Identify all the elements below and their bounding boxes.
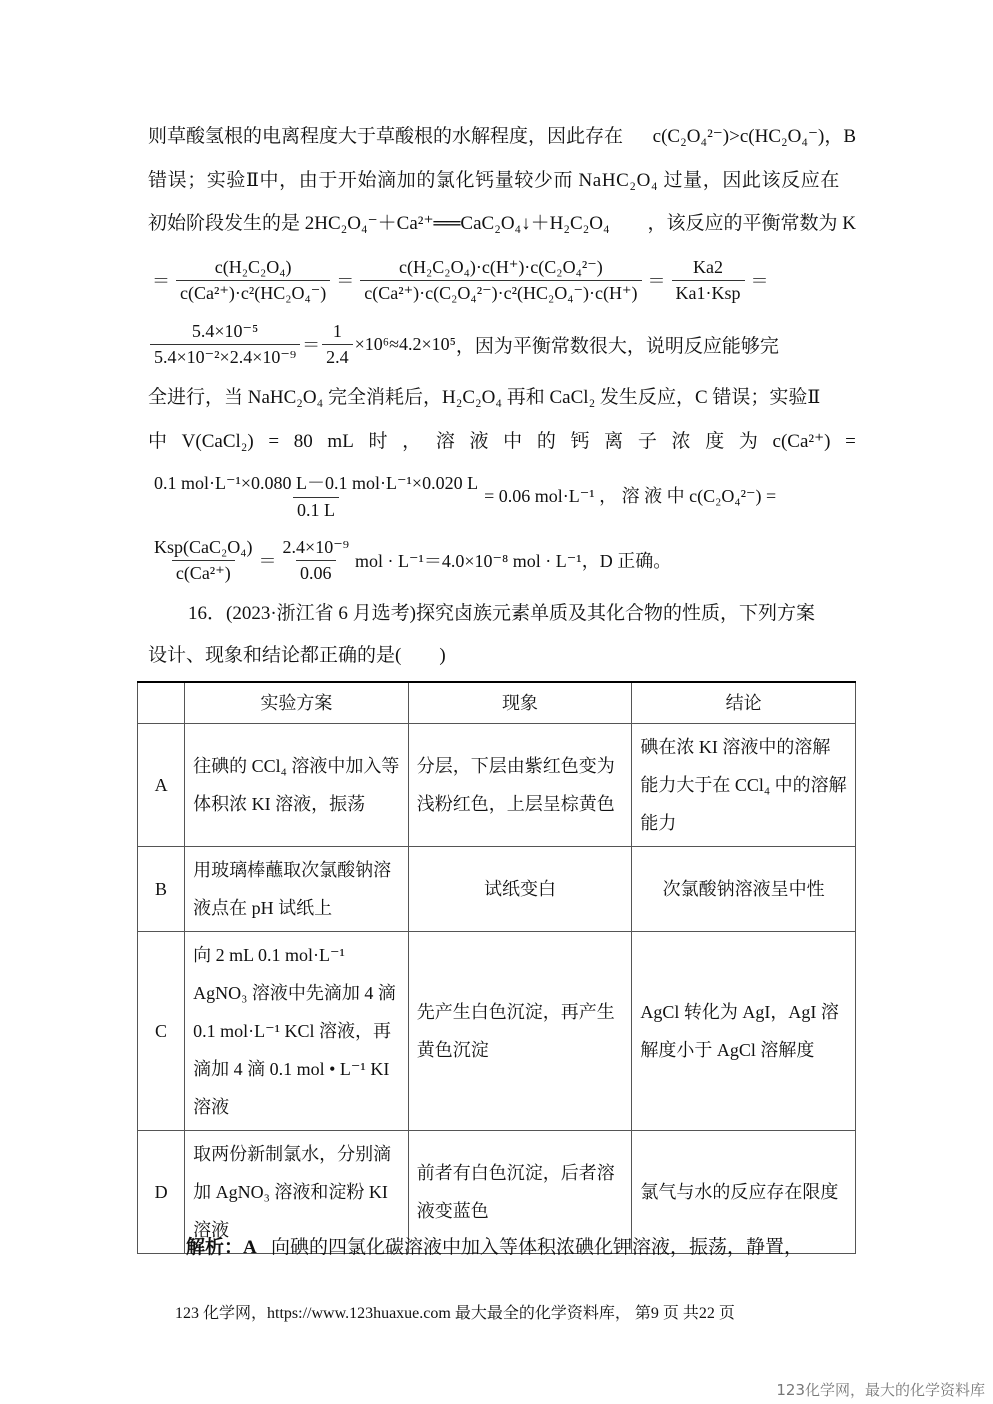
analysis-label: 解析：	[186, 1237, 243, 1258]
page-footer: 123 化学网，https://www.123huaxue.com 最大最全的化…	[175, 1300, 735, 1323]
page-number: 第9 页 共22 页	[635, 1305, 735, 1322]
analysis-line-6: 全进行，当 NaHC₂O₄ 完全消耗后，H₂C₂O₄ 再和 CaCl₂ 发生反应…	[148, 386, 856, 410]
word: 浓	[672, 430, 691, 454]
conclusion-cell: 碘在浓 KI 溶液中的溶解能力大于在 CCl₄ 中的溶解能力	[632, 724, 856, 847]
fraction: c(H₂C₂O₄)·c(H⁺)·c(C₂O₄²⁻) c(Ca²⁺)·c(C₂O₄…	[360, 257, 641, 304]
conclusion-cell: AgCl 转化为 AgI，AgI 溶解度小于 AgCl 溶解度	[632, 932, 856, 1131]
plan-cell: 用玻璃棒蘸取次氯酸钠溶液点在 pH 试纸上	[185, 847, 409, 932]
experiment-table: 实验方案 现象 结论 A 往碘的 CCl₄ 溶液中加入等体积浓 KI 溶液，振荡…	[137, 681, 856, 1254]
question-stem: 16．(2023·浙江省 6 月选考)探究卤族元素单质及其化合物的性质，下列方案	[188, 602, 856, 626]
header-cell: 现象	[408, 682, 632, 724]
option-label: C	[138, 932, 185, 1131]
word: c(Ca²⁺)	[773, 430, 831, 454]
reaction-equation: 2HC₂O₄⁻＋Ca²⁺══CaC₂O₄↓＋H₂C₂O₄	[305, 213, 610, 234]
header-cell: 实验方案	[185, 682, 409, 724]
word: =	[845, 430, 856, 454]
fraction: 0.1 mol·L⁻¹×0.080 L－0.1 mol·L⁻¹×0.020 L …	[150, 469, 482, 521]
option-label: D	[138, 1131, 185, 1254]
answer: A	[243, 1237, 257, 1258]
word: =	[268, 430, 279, 454]
fraction: Ka2 Ka1·Ksp	[672, 257, 745, 304]
analysis-text: 则草酸氢根的电离程度大于草酸根的水解程度，因此存在	[148, 125, 623, 149]
word: 钙	[571, 430, 590, 454]
word: ，	[402, 430, 421, 454]
table-row: C 向 2 mL 0.1 mol·L⁻¹ AgNO₃ 溶液中先滴加 4 滴 0.…	[138, 932, 856, 1131]
phenomenon-cell: 试纸变白	[408, 847, 632, 932]
word: 中	[148, 430, 167, 454]
word: 溶	[436, 430, 455, 454]
plan-cell: 向 2 mL 0.1 mol·L⁻¹ AgNO₃ 溶液中先滴加 4 滴 0.1 …	[185, 932, 409, 1131]
word: 80	[294, 430, 313, 454]
word: 液	[469, 430, 488, 454]
analysis-line-1: 则草酸氢根的电离程度大于草酸根的水解程度，因此存在 c(C₂O₄²⁻)>c(HC…	[148, 125, 856, 149]
word: mL	[327, 430, 353, 454]
phenomenon-cell: 分层，下层由紫红色变为浅粉红色，上层呈棕黄色	[408, 724, 632, 847]
k-value: 5.4×10⁻⁵ 5.4×10⁻²×2.4×10⁻⁹ ＝ 1 2.4 ×10⁶≈…	[148, 316, 856, 372]
word: 为	[739, 430, 758, 454]
conclusion-cell: 次氯酸钠溶液呈中性	[632, 847, 856, 932]
analysis-line-3: 初始阶段发生的是 2HC₂O₄⁻＋Ca²⁺══CaC₂O₄↓＋H₂C₂O₄ ，该…	[148, 212, 856, 236]
watermark: 123化学网，最大的化学资料库	[776, 1379, 985, 1400]
plan-cell: 往碘的 CCl₄ 溶液中加入等体积浓 KI 溶液，振荡	[185, 724, 409, 847]
word: 子	[638, 430, 657, 454]
concentration-relation: c(C₂O₄²⁻)>c(HC₂O₄⁻)，B	[653, 125, 856, 149]
analysis-start: 解析：A 向碘的四氯化碳溶液中加入等体积浓碘化钾溶液，振荡，静置，	[186, 1236, 856, 1260]
k-expression: ＝ c(H₂C₂O₄) c(Ca²⁺)·c²(HC₂O₄⁻) ＝ c(H₂C₂O…	[148, 252, 856, 308]
header-cell	[138, 682, 185, 724]
word: V(CaCl₂)	[182, 430, 254, 454]
fraction: 2.4×10⁻⁹ 0.06	[279, 537, 353, 584]
word: 度	[705, 430, 724, 454]
fraction: c(H₂C₂O₄) c(Ca²⁺)·c²(HC₂O₄⁻)	[176, 257, 330, 304]
table-row: B 用玻璃棒蘸取次氯酸钠溶液点在 pH 试纸上 试纸变白 次氯酸钠溶液呈中性	[138, 847, 856, 932]
option-label: A	[138, 724, 185, 847]
analysis-line-7: 中V(CaCl₂)=80mL时，溶液中的钙离子浓度为c(Ca²⁺)=	[148, 430, 856, 454]
header-cell: 结论	[632, 682, 856, 724]
question-stem-line-2: 设计、现象和结论都正确的是( )	[148, 644, 856, 668]
oxalate-concentration-calc: Ksp(CaC₂O₄) c(Ca²⁺) ＝ 2.4×10⁻⁹ 0.06 mol …	[148, 532, 856, 588]
option-label: B	[138, 847, 185, 932]
question-number: 16．	[188, 603, 226, 624]
word: 时	[368, 430, 387, 454]
phenomenon-cell: 先产生白色沉淀，再产生黄色沉淀	[408, 932, 632, 1131]
analysis-line-2: 错误；实验Ⅱ中，由于开始滴加的氯化钙量较少而 NaHC₂O₄ 过量，因此该反应在	[148, 169, 856, 193]
table-row: A 往碘的 CCl₄ 溶液中加入等体积浓 KI 溶液，振荡 分层，下层由紫红色变…	[138, 724, 856, 847]
word: 中	[503, 430, 522, 454]
table-header: 实验方案 现象 结论	[138, 682, 856, 724]
word: 离	[604, 430, 623, 454]
calcium-concentration-calc: 0.1 mol·L⁻¹×0.080 L－0.1 mol·L⁻¹×0.020 L …	[148, 470, 856, 520]
fraction: 1 2.4	[322, 321, 353, 368]
word: 的	[537, 430, 556, 454]
question-source: (2023·浙江省 6 月选考)	[226, 603, 416, 624]
fraction: 5.4×10⁻⁵ 5.4×10⁻²×2.4×10⁻⁹	[150, 321, 300, 368]
fraction: Ksp(CaC₂O₄) c(Ca²⁺)	[150, 537, 257, 584]
